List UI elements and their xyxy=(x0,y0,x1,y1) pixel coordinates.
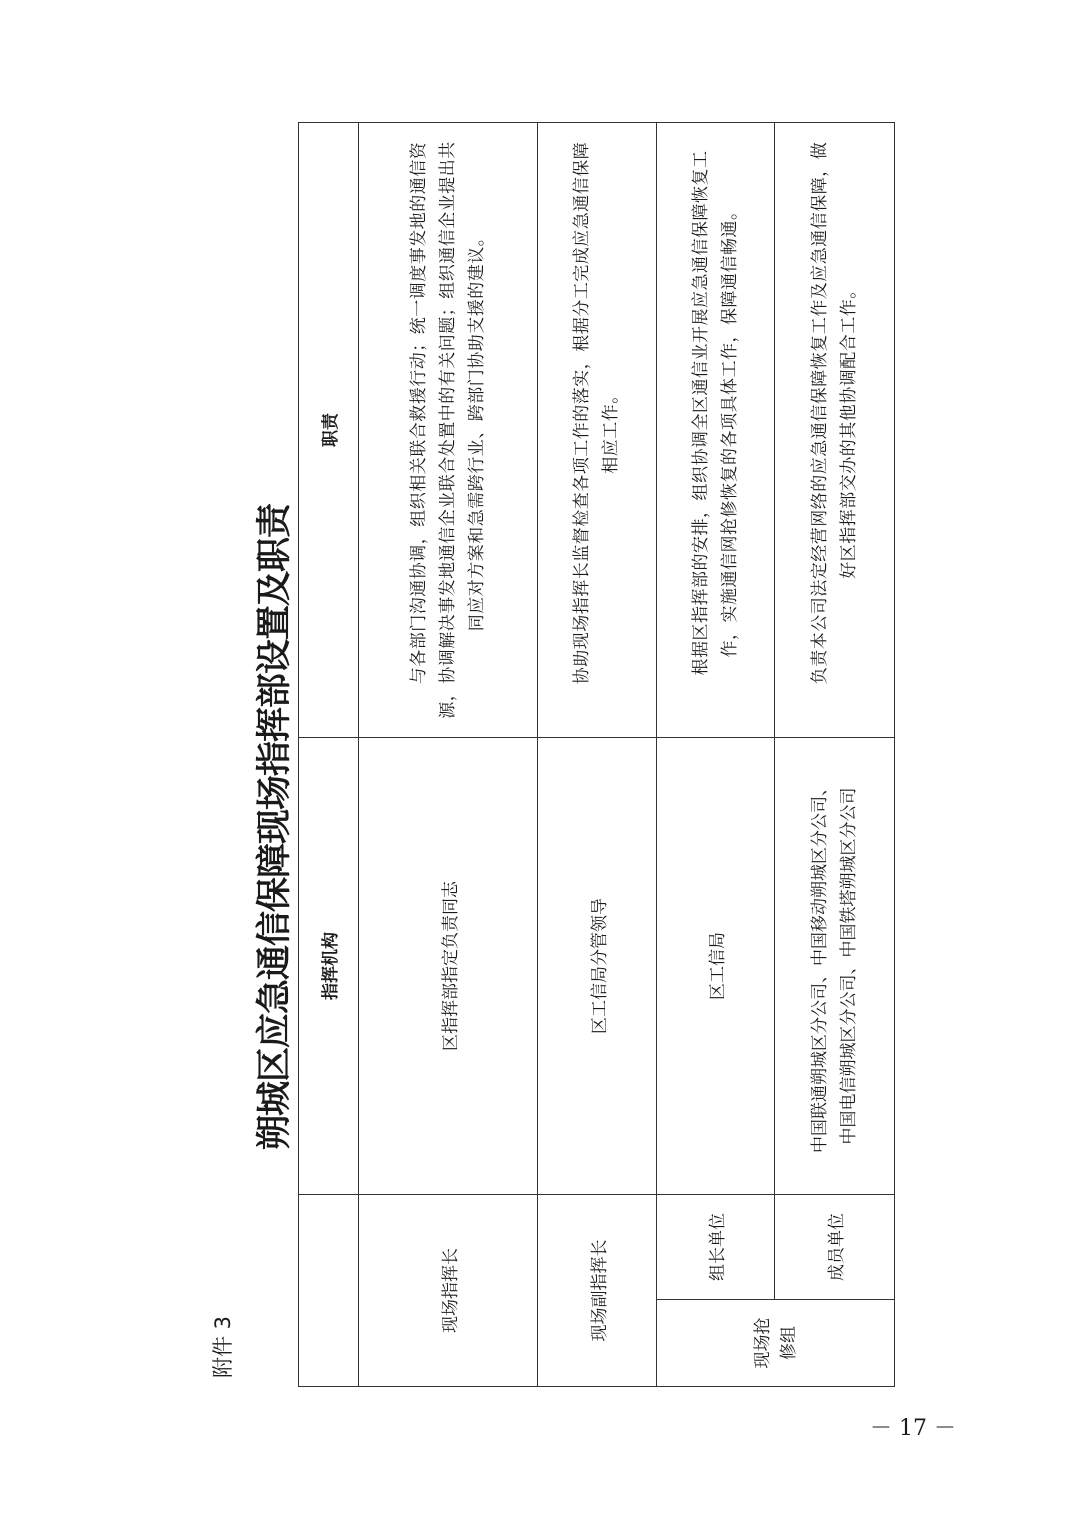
row-group: 现场抢修组 xyxy=(657,1300,895,1387)
row-role: 成员单位 xyxy=(775,1195,895,1300)
row-org: 区工信局分管领导 xyxy=(538,738,657,1195)
table-row: 现场抢修组 组长单位 区工信局 根据区指挥部的安排，组织协调全区通信业开展应急通… xyxy=(657,123,775,1387)
header-role xyxy=(299,1195,359,1387)
table-header-row: 指挥机构 职责 xyxy=(299,123,359,1387)
page-number: － 17 － xyxy=(870,1414,950,1444)
row-role: 现场副指挥长 xyxy=(538,1195,657,1387)
row-org: 区工信局 xyxy=(657,738,775,1195)
page-title: 朔城区应急通信保障现场指挥部设置及职责 xyxy=(252,120,298,1150)
row-org: 中国联通朔城区分公司、中国移动朔城区分公司、 中国电信朔城区分公司、中国铁塔朔城… xyxy=(775,738,895,1195)
row-role: 现场指挥长 xyxy=(359,1195,538,1387)
row-duty: 与各部门沟通协调，组织相关联合救援行动；统一调度事发地的通信资源，协调解决事发地… xyxy=(359,123,538,738)
table-row: 成员单位 中国联通朔城区分公司、中国移动朔城区分公司、 中国电信朔城区分公司、中… xyxy=(775,123,895,1387)
annex-label: 附件 3 xyxy=(208,1178,238,1378)
command-structure-table: 指挥机构 职责 现场指挥长 区指挥部指定负责同志 与各部门沟通协调，组织相关联合… xyxy=(298,122,895,1387)
header-duty: 职责 xyxy=(299,123,359,738)
table-row: 现场指挥长 区指挥部指定负责同志 与各部门沟通协调，组织相关联合救援行动；统一调… xyxy=(359,123,538,1387)
row-duty: 负责本公司法定经营网络的应急通信保障恢复工作及应急通信保障，做好区指挥部交办的其… xyxy=(775,123,895,738)
row-duty: 协助现场指挥长监督检查各项工作的落实，根据分工完成应急通信保障相应工作。 xyxy=(538,123,657,738)
row-role: 组长单位 xyxy=(657,1195,775,1300)
row-duty: 根据区指挥部的安排，组织协调全区通信业开展应急通信保障恢复工作，实施通信网抢修恢… xyxy=(657,123,775,738)
org-line: 中国电信朔城区分公司、中国铁塔朔城区分公司 xyxy=(835,750,864,1182)
duty-table: 指挥机构 职责 现场指挥长 区指挥部指定负责同志 与各部门沟通协调，组织相关联合… xyxy=(298,123,894,1387)
table-row: 现场副指挥长 区工信局分管领导 协助现场指挥长监督检查各项工作的落实，根据分工完… xyxy=(538,123,657,1387)
row-org: 区指挥部指定负责同志 xyxy=(359,738,538,1195)
header-org: 指挥机构 xyxy=(299,738,359,1195)
org-line: 中国联通朔城区分公司、中国移动朔城区分公司、 xyxy=(806,750,835,1182)
